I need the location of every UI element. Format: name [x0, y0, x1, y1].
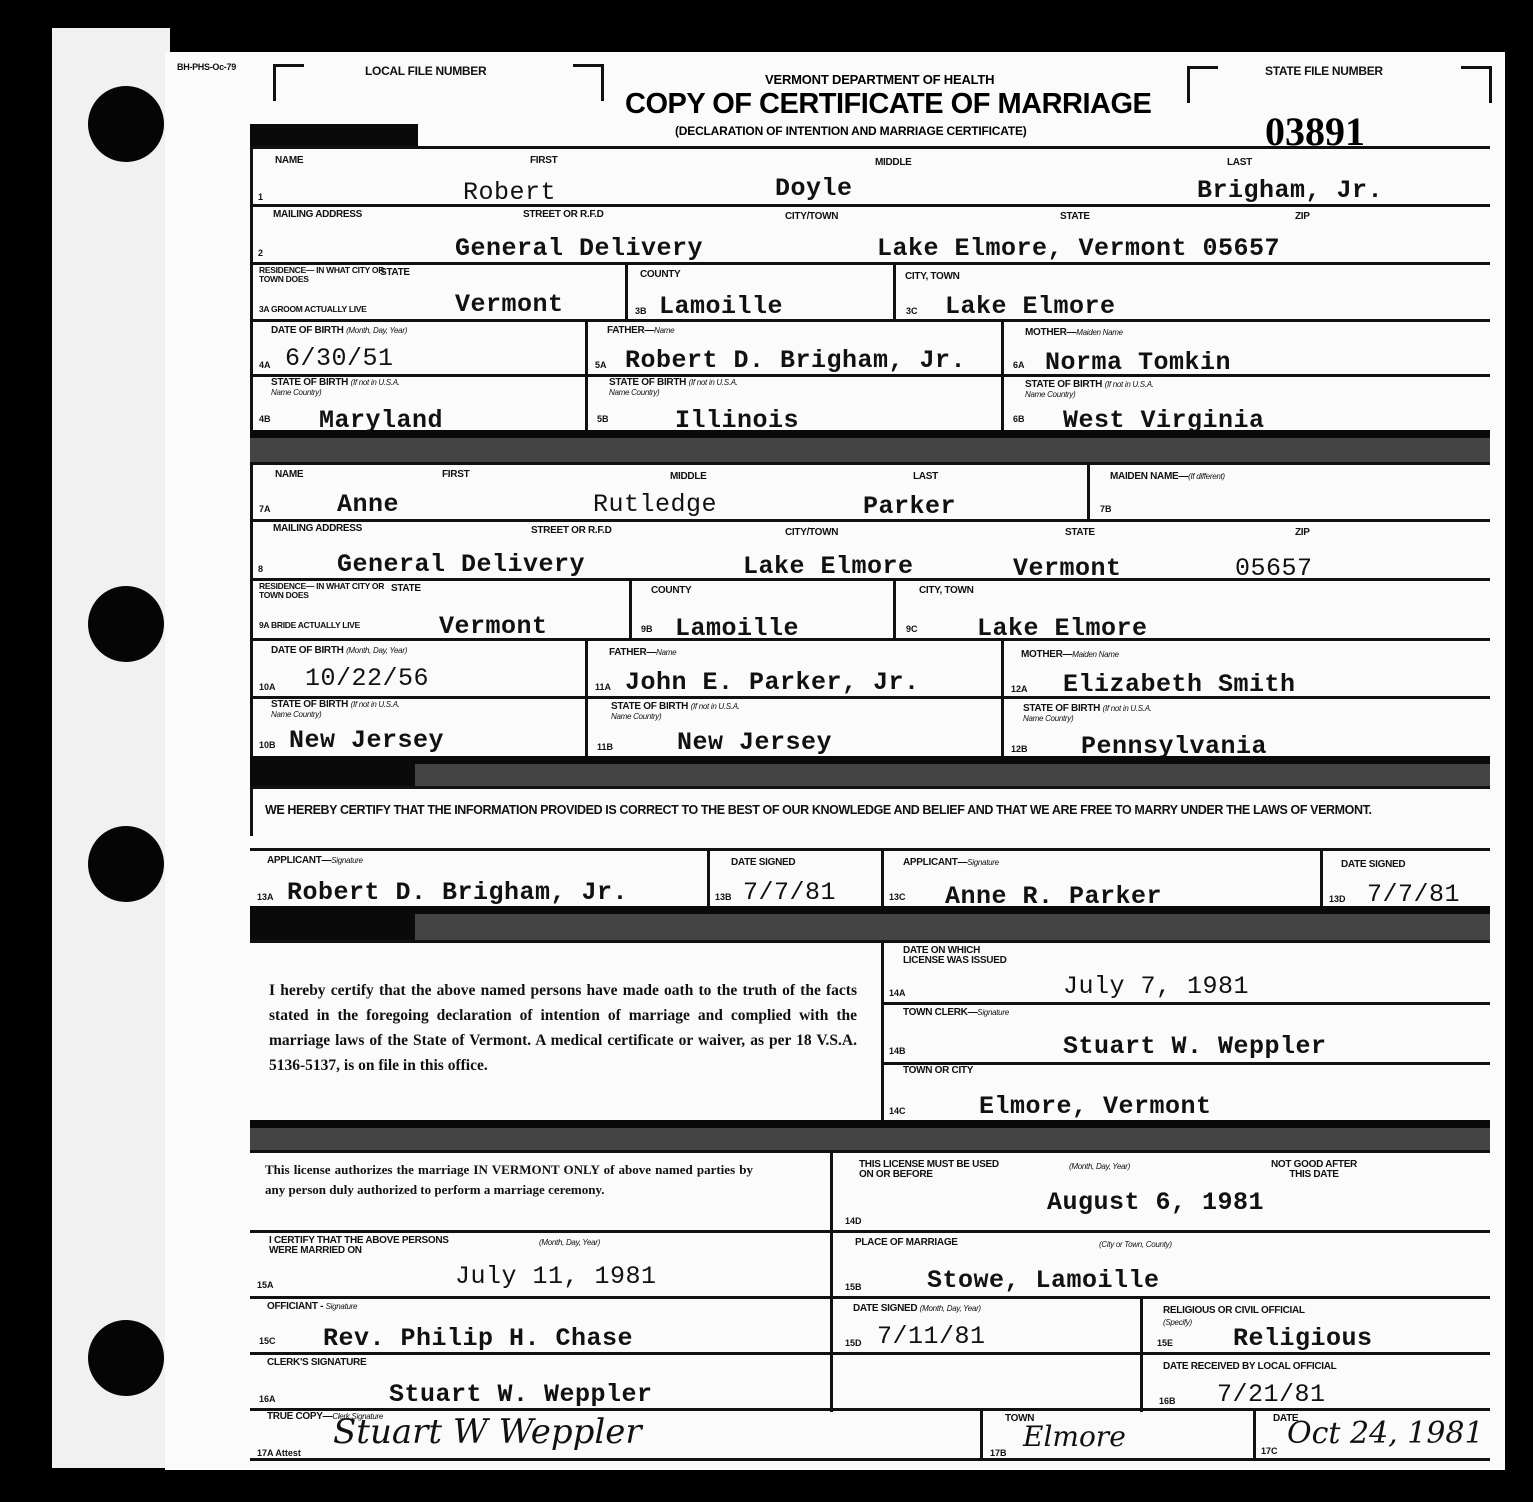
birth-state-label: STATE OF BIRTH (If not in U.S.A. Name Co…	[271, 378, 421, 398]
field-number: 15A	[257, 1280, 274, 1290]
separator-band	[250, 906, 1490, 914]
city-label: CITY/TOWN	[785, 212, 838, 222]
field-number: 3B	[635, 306, 647, 316]
last-label: LAST	[913, 472, 938, 482]
separator-band	[250, 1120, 1490, 1128]
divider	[250, 204, 1490, 207]
first-label: FIRST	[442, 470, 469, 480]
groom-street: General Delivery	[455, 234, 703, 263]
divider-v	[625, 262, 628, 320]
department: VERMONT DEPARTMENT OF HEALTH	[765, 72, 994, 87]
clerk-signature: Stuart W. Weppler	[389, 1380, 653, 1409]
groom-last-name: Brigham, Jr.	[1197, 176, 1383, 205]
separator-band	[250, 438, 1490, 464]
residence-label: RESIDENCE— IN WHAT CITY OR TOWN DOES	[259, 266, 389, 283]
separator-band	[250, 764, 415, 786]
bride-street: General Delivery	[337, 550, 585, 579]
field-number: 11B	[597, 742, 613, 752]
field-number: 8	[258, 564, 263, 574]
marriage-certificate: BH-PHS-Oc-79 LOCAL FILE NUMBER VERMONT D…	[165, 52, 1505, 1470]
groom-dob: 6/30/51	[285, 344, 394, 373]
bride-middle-name: Rutledge	[593, 490, 717, 519]
divider	[250, 146, 1490, 149]
field-number: 9C	[906, 624, 918, 634]
place-of-marriage-label: PLACE OF MARRIAGE	[855, 1238, 958, 1248]
first-label: FIRST	[530, 156, 557, 166]
month-day-year-hint: (Month, Day, Year)	[1069, 1162, 1130, 1172]
father-label: FATHER—Name	[609, 648, 676, 658]
divider	[250, 1296, 1490, 1299]
field-number: 6B	[1013, 414, 1025, 424]
divider	[881, 1002, 1490, 1005]
applicant-groom-date: 7/7/81	[743, 878, 836, 907]
divider	[250, 1458, 1490, 1461]
field-number: 14A	[889, 988, 906, 998]
groom-county: Lamoille	[659, 292, 783, 321]
license-issued-date: July 7, 1981	[1063, 972, 1249, 1001]
date-received-label: DATE RECEIVED BY LOCAL OFFICIAL	[1163, 1362, 1337, 1372]
residence-state-label: STATE	[391, 584, 421, 594]
month-day-year-hint: (Month, Day, Year)	[539, 1238, 600, 1248]
field-number: 16B	[1159, 1396, 1176, 1406]
bride-last-name: Parker	[863, 492, 956, 521]
bride-birth-state: New Jersey	[289, 726, 444, 755]
field-number: 9B	[641, 624, 653, 634]
divider	[250, 696, 1490, 699]
field-number: 13C	[889, 892, 906, 902]
field-number: 13D	[1329, 894, 1346, 904]
bride-mother: Elizabeth Smith	[1063, 670, 1296, 699]
divider-v	[1087, 462, 1090, 520]
section-tab	[250, 124, 418, 148]
divider	[250, 848, 1490, 851]
separator-band	[415, 914, 1490, 940]
divider-v	[980, 1408, 983, 1460]
field-number: 13B	[715, 892, 732, 902]
divider-v	[1320, 848, 1323, 906]
divider	[250, 1408, 1490, 1411]
declaration-text: WE HEREBY CERTIFY THAT THE INFORMATION P…	[265, 804, 1477, 817]
zip-label: ZIP	[1295, 212, 1310, 222]
bracket-right	[1461, 66, 1492, 103]
not-good-after-label: NOT GOOD AFTER THIS DATE	[1259, 1160, 1369, 1180]
residence-state-label: STATE	[380, 268, 410, 278]
bracket-right	[573, 64, 604, 101]
middle-label: MIDDLE	[875, 158, 912, 168]
official-type: Religious	[1233, 1324, 1373, 1353]
binding-strip	[52, 28, 170, 1468]
field-number: 17A Attest	[257, 1448, 301, 1458]
mailing-address-label: MAILING ADDRESS	[273, 210, 362, 220]
field-number: 5A	[595, 360, 607, 370]
field-number: 15C	[259, 1336, 276, 1346]
border-left	[250, 146, 253, 836]
divider	[250, 519, 1490, 522]
date-signed-label: DATE SIGNED	[1341, 860, 1405, 870]
field-number: 3C	[906, 306, 918, 316]
married-on-label: I CERTIFY THAT THE ABOVE PERSONS WERE MA…	[269, 1236, 449, 1256]
divider-v	[881, 940, 884, 1122]
date-received: 7/21/81	[1217, 1380, 1326, 1409]
punch-hole	[88, 826, 164, 902]
divider	[250, 578, 1490, 581]
maiden-label: MAIDEN NAME—(If different)	[1110, 472, 1225, 482]
field-number: 11A	[595, 682, 611, 692]
field-number: 12A	[1011, 684, 1028, 694]
birth-state-label: STATE OF BIRTH (If not in U.S.A. Name Co…	[271, 700, 421, 720]
form-code: BH-PHS-Oc-79	[177, 62, 236, 72]
officiant-label: OFFICIANT - Signature	[267, 1302, 357, 1312]
residence-label: RESIDENCE— IN WHAT CITY OR TOWN DOES	[259, 582, 389, 599]
residence-label-2: 3A GROOM ACTUALLY LIVE	[259, 304, 367, 314]
mother-birth-label: STATE OF BIRTH (If not in U.S.A. Name Co…	[1025, 380, 1175, 400]
divider	[250, 374, 1490, 377]
marriage-date: July 11, 1981	[455, 1262, 657, 1291]
groom-father: Robert D. Brigham, Jr.	[625, 346, 966, 375]
city-town-label: CITY, TOWN	[919, 586, 974, 596]
city-label: CITY/TOWN	[785, 528, 838, 538]
bride-city: Lake Elmore	[743, 552, 914, 581]
groom-mother: Norma Tomkin	[1045, 348, 1231, 377]
divider-v	[1253, 1408, 1256, 1460]
groom-city-town: Lake Elmore	[945, 292, 1116, 321]
bride-residence-state: Vermont	[439, 612, 548, 641]
use-before-label: THIS LICENSE MUST BE USED ON OR BEFORE	[859, 1160, 1009, 1180]
town-label: TOWN OR CITY	[903, 1066, 973, 1076]
clerk-signature-label: CLERK'S SIGNATURE	[267, 1358, 366, 1368]
license-text: This license authorizes the marriage IN …	[265, 1160, 753, 1200]
bride-father-birth: New Jersey	[677, 728, 832, 757]
place-of-marriage: Stowe, Lamoille	[927, 1266, 1160, 1295]
mother-birth-label: STATE OF BIRTH (If not in U.S.A. Name Co…	[1023, 704, 1173, 724]
groom-first-name: Robert	[463, 178, 556, 207]
date-signed-label: DATE SIGNED	[731, 858, 795, 868]
bride-first-name: Anne	[337, 490, 399, 519]
divider-v	[893, 578, 896, 638]
local-file-label: LOCAL FILE NUMBER	[365, 64, 486, 78]
applicant-label: APPLICANT—Signature	[903, 858, 999, 868]
dob-label: DATE OF BIRTH (Month, Day, Year)	[271, 326, 407, 336]
separator-band	[250, 914, 415, 940]
separator-band	[415, 764, 1490, 786]
name-label: NAME	[275, 156, 303, 166]
state-label: STATE	[1065, 528, 1095, 538]
officiant-date-signed: 7/11/81	[877, 1322, 986, 1351]
field-number: 15D	[845, 1338, 862, 1348]
street-label: STREET OR R.F.D	[531, 526, 612, 536]
attest-town: Elmore	[1023, 1420, 1126, 1453]
state-file-label: STATE FILE NUMBER	[1265, 64, 1383, 78]
punch-hole	[88, 86, 164, 162]
attest-date: Oct 24, 1981	[1287, 1416, 1484, 1451]
middle-label: MIDDLE	[670, 472, 707, 482]
town-clerk: Stuart W. Weppler	[1063, 1032, 1327, 1061]
certificate-subtitle: (DECLARATION OF INTENTION AND MARRIAGE C…	[675, 124, 1027, 138]
applicant-bride-date: 7/7/81	[1367, 880, 1460, 909]
field-number: 12B	[1011, 744, 1028, 754]
town-clerk-label: TOWN CLERK—Signature	[903, 1008, 1009, 1018]
field-number: 10B	[259, 740, 276, 750]
city-town-label: CITY, TOWN	[905, 272, 960, 282]
last-label: LAST	[1227, 158, 1252, 168]
divider	[250, 262, 1490, 265]
bride-father: John E. Parker, Jr.	[625, 668, 920, 697]
county-label: COUNTY	[651, 586, 691, 596]
bracket-left	[273, 64, 304, 101]
field-number: 10A	[259, 682, 276, 692]
county-label: COUNTY	[640, 270, 680, 280]
divider	[250, 462, 1490, 465]
name-label: NAME	[275, 470, 303, 480]
clerk-town: Elmore, Vermont	[979, 1092, 1212, 1121]
separator-band	[250, 1128, 1490, 1150]
groom-residence-state: Vermont	[455, 290, 564, 319]
specify-hint: (Specify)	[1163, 1318, 1192, 1328]
divider	[250, 940, 1490, 943]
state-label: STATE	[1060, 212, 1090, 222]
field-number: 17C	[1261, 1446, 1278, 1456]
divider	[250, 1150, 1490, 1153]
divider-v	[881, 848, 884, 906]
divider-v	[893, 262, 896, 320]
field-number: 14B	[889, 1046, 906, 1056]
field-number: 5B	[597, 414, 609, 424]
applicant-label: APPLICANT—Signature	[267, 856, 363, 866]
field-number: 17B	[990, 1448, 1007, 1458]
divider-v	[707, 848, 710, 906]
residence-label-2: 9A BRIDE ACTUALLY LIVE	[259, 620, 360, 630]
city-town-county-hint: (City or Town, County)	[1099, 1240, 1172, 1250]
divider	[250, 638, 1490, 641]
field-number: 13A	[257, 892, 274, 902]
punch-hole	[88, 586, 164, 662]
field-number: 6A	[1013, 360, 1025, 370]
dob-label: DATE OF BIRTH (Month, Day, Year)	[271, 646, 407, 656]
date-signed-label: DATE SIGNED (Month, Day, Year)	[853, 1304, 981, 1314]
applicant-groom: Robert D. Brigham, Jr.	[287, 878, 628, 907]
field-number: 15E	[1157, 1338, 1173, 1348]
mailing-address-label: MAILING ADDRESS	[273, 524, 362, 534]
field-number: 15B	[845, 1282, 862, 1292]
father-birth-label: STATE OF BIRTH (If not in U.S.A. Name Co…	[609, 378, 759, 398]
groom-middle-name: Doyle	[775, 174, 853, 203]
divider	[250, 786, 1490, 789]
bracket-left	[1187, 66, 1218, 103]
field-number: 16A	[259, 1394, 276, 1404]
official-type-label: RELIGIOUS OR CIVIL OFFICIAL	[1163, 1306, 1305, 1316]
officiant-name: Rev. Philip H. Chase	[323, 1324, 633, 1353]
field-number: 14D	[845, 1216, 862, 1226]
divider-v	[629, 578, 632, 638]
divider	[250, 1230, 1490, 1233]
divider-v	[830, 1150, 833, 1412]
field-number: 7A	[259, 504, 271, 514]
mother-label: MOTHER—Maiden Name	[1021, 650, 1119, 660]
punch-hole	[88, 1320, 164, 1396]
field-number: 14C	[889, 1106, 906, 1116]
license-expiry-date: August 6, 1981	[1047, 1188, 1264, 1217]
father-birth-label: STATE OF BIRTH (If not in U.S.A. Name Co…	[611, 702, 761, 722]
bride-dob: 10/22/56	[305, 664, 429, 693]
mother-label: MOTHER—Maiden Name	[1025, 328, 1123, 338]
father-label: FATHER—Name	[607, 326, 674, 336]
clerk-certification-text: I hereby certify that the above named pe…	[269, 978, 857, 1078]
field-number: 4B	[259, 414, 271, 424]
groom-city-state-zip: Lake Elmore, Vermont 05657	[877, 234, 1280, 263]
field-number: 4A	[259, 360, 271, 370]
street-label: STREET OR R.F.D	[523, 210, 604, 220]
separator-band	[250, 430, 1490, 438]
field-number: 1	[258, 192, 263, 202]
attest-signature: Stuart W Weppler	[333, 1412, 642, 1452]
divider	[250, 1352, 1490, 1355]
divider	[250, 319, 1490, 322]
separator-band	[250, 756, 1490, 764]
zip-label: ZIP	[1295, 528, 1310, 538]
field-number: 2	[258, 248, 263, 258]
field-number: 7B	[1100, 504, 1112, 514]
certificate-title: COPY OF CERTIFICATE OF MARRIAGE	[625, 88, 1151, 121]
issued-label: DATE ON WHICH LICENSE WAS ISSUED	[903, 946, 1013, 966]
